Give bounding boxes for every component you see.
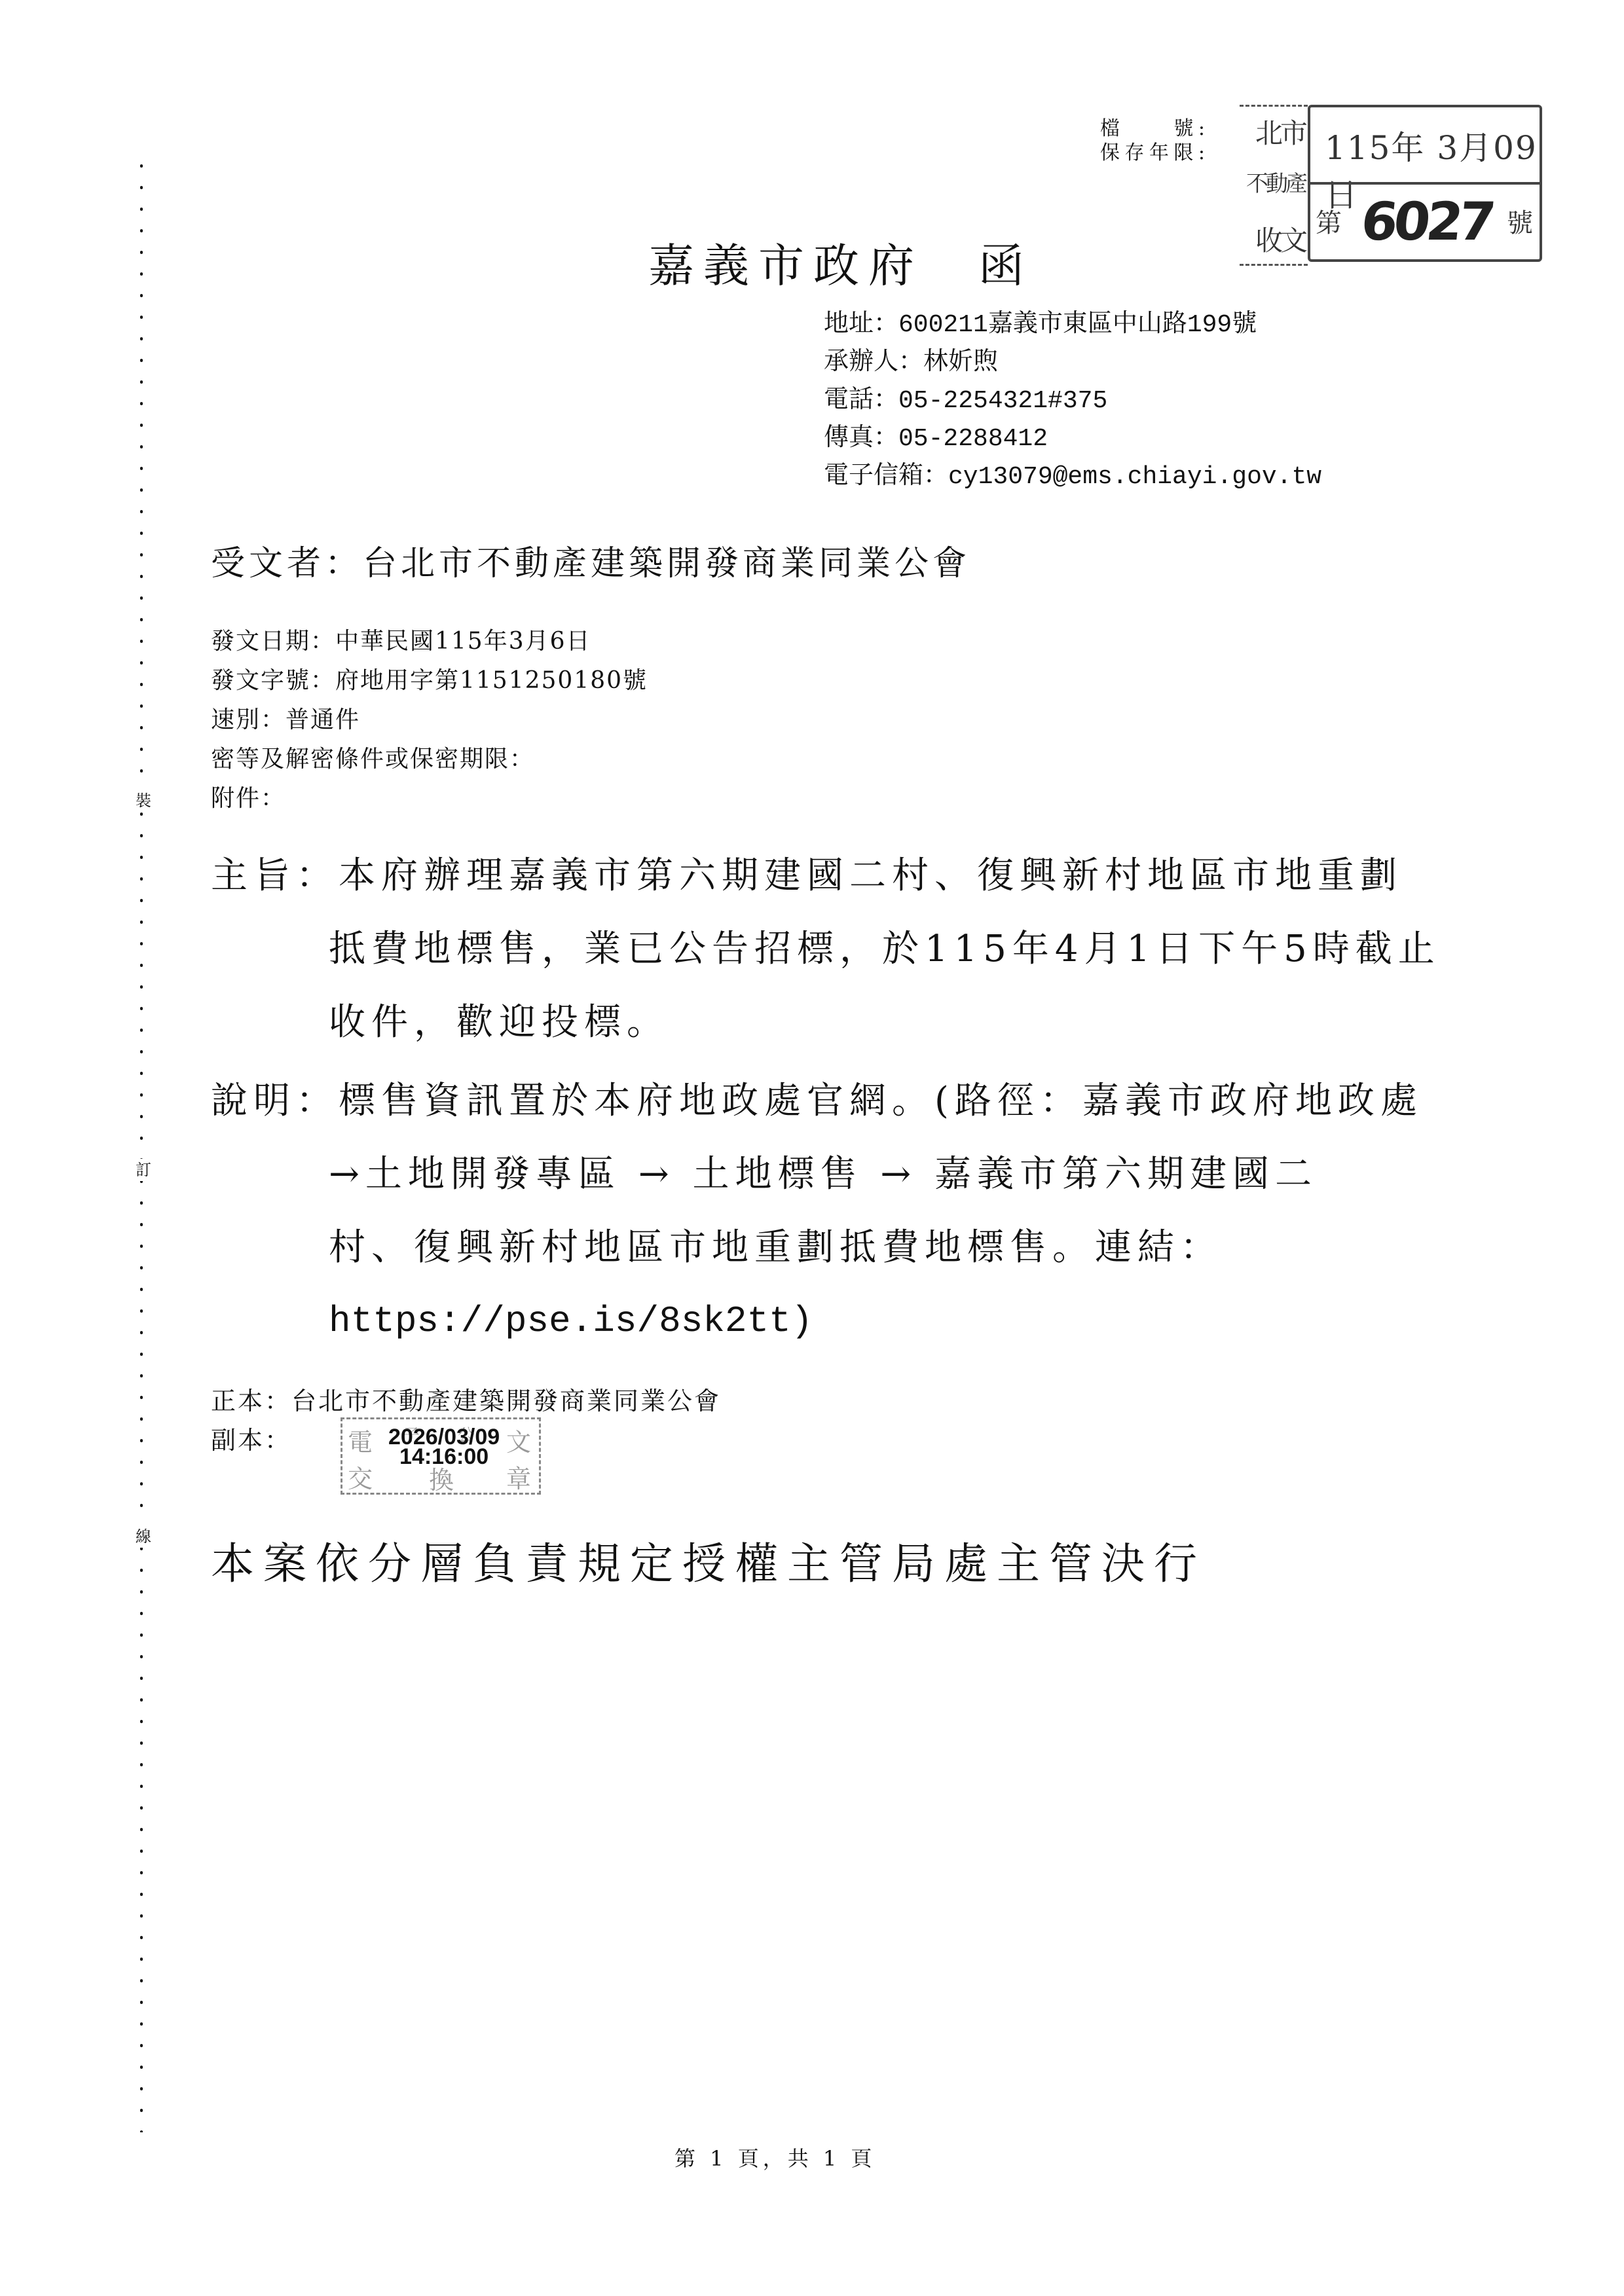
- explanation-line-1: 說明：標售資訊置於本府地政處官網。(路徑：嘉義市政府地政處: [211, 1065, 1423, 1138]
- file-labels: 檔 號: 保存年限:: [1100, 117, 1205, 165]
- exchange-stamp-time: 14:16:00: [388, 1447, 500, 1467]
- receipt-stamp-divider: [1310, 182, 1540, 185]
- receipt-stamp-org: 北市 不動產 收文: [1240, 105, 1308, 266]
- contact-fax: 傳真：05-2288412: [824, 420, 1321, 458]
- contact-address: 地址：600211嘉義市東區中山路199號: [824, 306, 1321, 344]
- subject-line-1: 主旨：本府辦理嘉義市第六期建國二村、復興新村地區市地重劃: [211, 839, 1441, 913]
- explanation-section: 說明：標售資訊置於本府地政處官網。(路徑：嘉義市政府地政處 →土地開發專區 → …: [211, 1065, 1423, 1358]
- receipt-stamp-org-line-2: 不動產: [1246, 166, 1305, 198]
- page-info: 第 1 頁，共 1 頁: [674, 2142, 876, 2172]
- original-recipient: 正本：台北市不動產建築開發商業同業公會: [211, 1381, 721, 1421]
- subject-line-3: 收件，歡迎投標。: [211, 986, 1441, 1059]
- exchange-stamp-char: 章: [506, 1459, 531, 1495]
- exchange-stamp-char: 文: [506, 1422, 531, 1458]
- receipt-number-prefix: 第: [1316, 202, 1342, 240]
- exchange-stamp-char: 電: [348, 1422, 373, 1458]
- issue-number: 發文字號：府地用字第1151250180號: [211, 661, 648, 701]
- receipt-stamp-box: 115年 3月09日 第 6027 號: [1308, 105, 1542, 262]
- binding-mark-xian: 線: [136, 1525, 151, 1548]
- explanation-link[interactable]: https://pse.is/8sk2tt): [211, 1285, 1423, 1358]
- document-meta: 發文日期：中華民國115年3月6日 發文字號：府地用字第1151250180號 …: [211, 622, 648, 818]
- receipt-number-suffix: 號: [1507, 202, 1533, 240]
- contact-handler: 承辦人：林妡煦: [824, 344, 1321, 382]
- delegation-statement: 本案依分層負責規定授權主管局處主管決行: [211, 1529, 1206, 1591]
- binding-dotted-line: [140, 155, 143, 2132]
- receipt-stamp: 北市 不動產 收文 115年 3月09日 第 6027 號: [1240, 105, 1541, 262]
- exchange-stamp-char: 交: [348, 1459, 373, 1495]
- retention-period-label: 保存年限:: [1100, 141, 1205, 165]
- subject-line-2: 抵費地標售，業已公告招標，於115年4月1日下午5時截止: [211, 913, 1441, 986]
- contact-phone: 電話：05-2254321#375: [824, 382, 1321, 420]
- issue-date: 發文日期：中華民國115年3月6日: [211, 622, 648, 661]
- recipient: 受文者：台北市不動產建築開發商業同業公會: [211, 536, 970, 585]
- binding-mark-zhuang: 裝: [136, 790, 151, 812]
- file-number-label: 檔 號:: [1100, 117, 1205, 141]
- receipt-stamp-org-line-1: 北市: [1255, 112, 1305, 151]
- attachments: 附件：: [211, 779, 648, 818]
- explanation-line-3: 村、復興新村地區市地重劃抵費地標售。連結：: [211, 1211, 1423, 1285]
- binding-mark-ding: 訂: [136, 1159, 151, 1181]
- receipt-number-handwritten: 6027: [1358, 191, 1494, 252]
- explanation-line-2: →土地開發專區 → 土地標售 → 嘉義市第六期建國二: [211, 1138, 1423, 1211]
- contact-email: 電子信箱：cy13079@ems.chiayi.gov.tw: [824, 458, 1321, 496]
- receipt-stamp-org-line-3: 收文: [1255, 219, 1305, 259]
- subject-section: 主旨：本府辦理嘉義市第六期建國二村、復興新村地區市地重劃 抵費地標售，業已公告招…: [211, 839, 1441, 1059]
- contact-block: 地址：600211嘉義市東區中山路199號 承辦人：林妡煦 電話：05-2254…: [824, 306, 1321, 496]
- exchange-stamp-timestamp: 2026/03/09 14:16:00: [388, 1427, 500, 1467]
- electronic-exchange-stamp: 電 子 公 文 交 換 章 2026/03/09 14:16:00: [341, 1417, 541, 1495]
- document-title: 嘉義市政府 函: [648, 229, 1033, 295]
- classification: 密等及解密條件或保密期限：: [211, 740, 648, 779]
- delivery-speed: 速別：普通件: [211, 701, 648, 740]
